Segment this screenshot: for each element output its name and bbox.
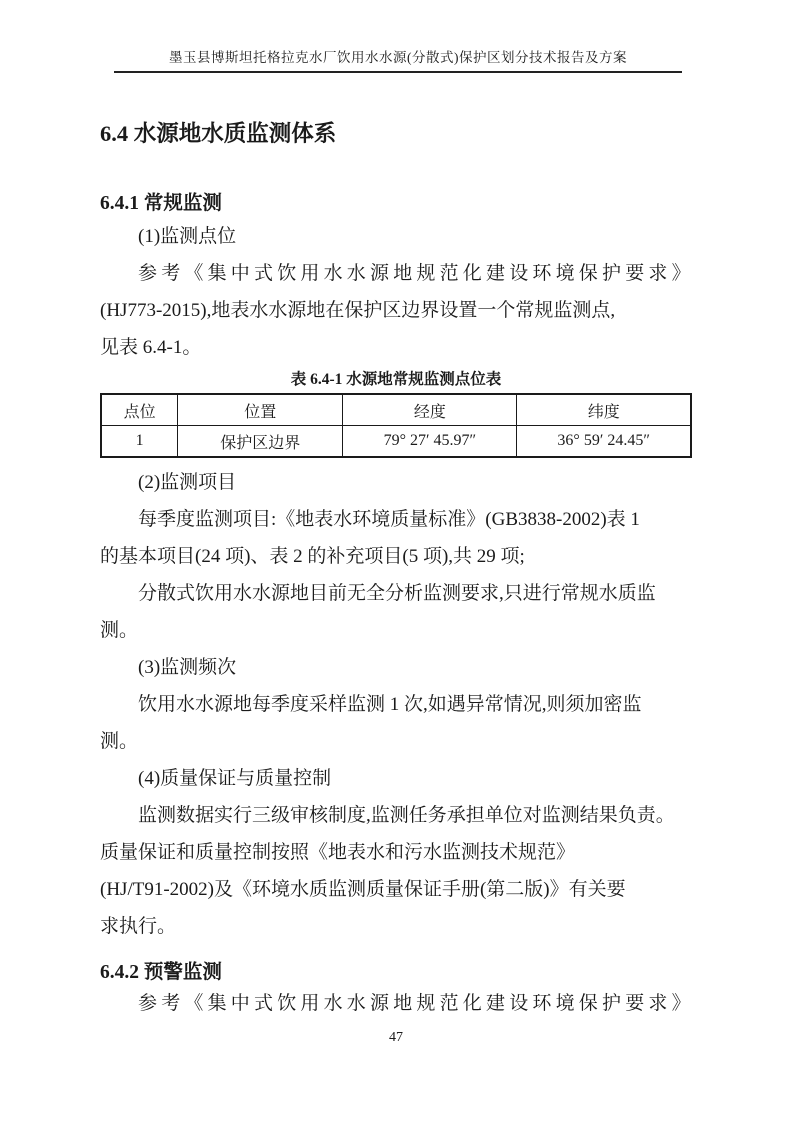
heading-6-4-1: 6.4.1 常规监测 <box>100 191 692 216</box>
table-header-row: 点位 位置 经度 纬度 <box>101 394 691 426</box>
paragraph-line: 见表 6.4-1。 <box>100 329 692 366</box>
cell-latitude: 36° 59′ 24.45″ <box>517 426 691 458</box>
paragraph-line: (HJ773-2015),地表水水源地在保护区边界设置一个常规监测点, <box>100 292 692 329</box>
heading-6-4: 6.4 水源地水质监测体系 <box>100 120 692 147</box>
paragraph-line: (HJ/T91-2002)及《环境水质监测质量保证手册(第二版)》有关要 <box>100 871 692 908</box>
paragraph-line: 求执行。 <box>100 908 692 945</box>
paragraph-line: 饮用水水源地每季度采样监测 1 次,如遇异常情况,则须加密监 <box>100 686 692 723</box>
cell-longitude: 79° 27′ 45.97″ <box>343 426 517 458</box>
page-number: 47 <box>389 1030 403 1045</box>
header-title: 墨玉县博斯坦托格拉克水厂饮用水水源(分散式)保护区划分技术报告及方案 <box>169 50 627 65</box>
table-caption: 表 6.4-1 水源地常规监测点位表 <box>100 368 692 392</box>
page-content: 6.4 水源地水质监测体系 6.4.1 常规监测 (1)监测点位 参考《集中式饮… <box>100 112 692 1022</box>
item-2-monitoring-items-label: (2)监测项目 <box>100 464 692 501</box>
column-header-location: 位置 <box>178 394 343 426</box>
paragraph-line: 的基本项目(24 项)、表 2 的补充项目(5 项),共 29 项; <box>100 538 692 575</box>
paragraph-line: 每季度监测项目:《地表水环境质量标准》(GB3838-2002)表 1 <box>100 501 692 538</box>
item-3-monitoring-frequency-label: (3)监测频次 <box>100 649 692 686</box>
cell-point-id: 1 <box>101 426 178 458</box>
item-1-monitoring-points-label: (1)监测点位 <box>100 218 692 255</box>
column-header-longitude: 经度 <box>343 394 517 426</box>
table-row: 1 保护区边界 79° 27′ 45.97″ 36° 59′ 24.45″ <box>101 426 691 458</box>
page-header: 墨玉县博斯坦托格拉克水厂饮用水水源(分散式)保护区划分技术报告及方案 <box>114 50 682 73</box>
item-4-quality-assurance-label: (4)质量保证与质量控制 <box>100 760 692 797</box>
paragraph-line: 监测数据实行三级审核制度,监测任务承担单位对监测结果负责。 <box>100 797 692 834</box>
column-header-point: 点位 <box>101 394 178 426</box>
paragraph-line: 参考《集中式饮用水水源地规范化建设环境保护要求》 <box>100 255 692 292</box>
paragraph-line: 分散式饮用水水源地目前无全分析监测要求,只进行常规水质监 <box>100 575 692 612</box>
column-header-latitude: 纬度 <box>517 394 691 426</box>
document-page: 墨玉县博斯坦托格拉克水厂饮用水水源(分散式)保护区划分技术报告及方案 6.4 水… <box>0 0 793 1122</box>
paragraph-line: 质量保证和质量控制按照《地表水和污水监测技术规范》 <box>100 834 692 871</box>
page-footer: 47 <box>100 1030 692 1046</box>
paragraph-line: 测。 <box>100 723 692 760</box>
paragraph-line: 参考《集中式饮用水水源地规范化建设环境保护要求》 <box>100 985 692 1022</box>
monitoring-points-table: 点位 位置 经度 纬度 1 保护区边界 79° 27′ 45.97″ 36° 5… <box>100 393 692 458</box>
cell-location: 保护区边界 <box>178 426 343 458</box>
paragraph-line: 测。 <box>100 612 692 649</box>
heading-6-4-2: 6.4.2 预警监测 <box>100 960 692 985</box>
